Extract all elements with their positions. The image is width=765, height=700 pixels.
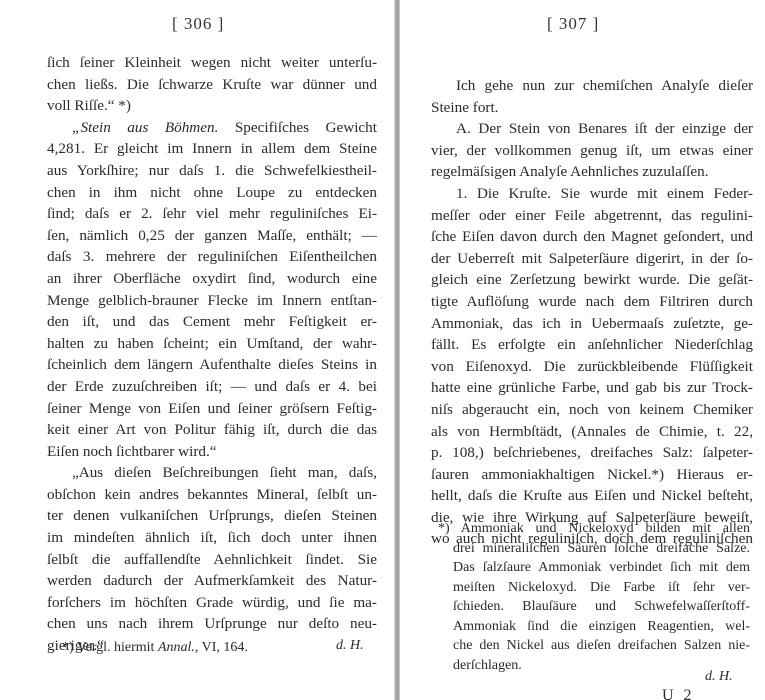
text-line: p. 108,) beſchriebenes, dreifaches Salz:… [431,442,753,464]
footnote-line: che den Nickel aus dieſen dreifachen Sal… [438,636,750,656]
text-line: ter denen vulkaniſchen Urſprungs, dieſen… [47,505,377,527]
text-line: hellt, daſs die Kruſte aus Eiſen und Nic… [431,485,753,507]
text-line: chen in ihm nicht ohne Loupe zu entdecke… [47,182,377,204]
text-line: an ihrer Oberfläche oxydirt ſind, wodurc… [47,268,377,290]
text-line: Eiſen noch ſichtbarer wird.“ [47,441,377,463]
text-line: Ich gehe nun zur chemiſchen Analyſe dieſ… [431,75,753,97]
text-line: 4,281. Er gleicht im Innern in allem dem… [47,138,377,160]
footnote-line: Das ſalzſaure Ammoniak verbindet ſich mi… [438,558,750,578]
text-line: „Aus dieſen Beſchreibungen ſieht man, da… [47,462,377,484]
footnote-signature: d. H. [336,638,364,654]
text-line: fällt. Es erfolgte ein anſehnlicher Nied… [431,334,753,356]
text-line: A. Der Stein von Benares iſt der einzige… [431,118,753,140]
text-line: hatte eine grünliche Farbe, und gab bis … [431,377,753,399]
footnote-marker: *) [62,640,74,655]
text-line: voll Riſſe.“ *) [47,95,377,117]
text-line: als von Hermbſtädt, (Annales de Chimie, … [431,421,753,443]
footnote-text: Ammoniak und Nickeloxyd bilden mit allen [461,521,750,536]
italic-heading: „Stein aus Böhmen. [72,119,218,136]
text-line: 1. Die Kruſte. Sie wurde mit einem Feder… [431,183,753,205]
left-page: [ 306 ] ſich ſeiner Kleinheit wegen nich… [0,0,394,700]
footnote-line: *) Ammoniak und Nickeloxyd bilden mit al… [438,519,750,539]
footnote-line: drei mineraliſchen Säuren ſolche dreifac… [438,539,750,559]
footnote-text: , VI, 164. [195,640,248,655]
text-line: chen uns nach ihrem Urſprunge nur deſto … [47,613,377,635]
page-number: [ 306 ] [172,14,224,34]
text-line: ſche Eiſen davon durch den Magnet geſond… [431,226,753,248]
text-line: daſs 3. mehrere der reguliniſchen Eiſent… [47,246,377,268]
text-line: der Erde zuzuſchreiben iſt; — und daſs e… [47,376,377,398]
text-fragment: Specifiſches Gewicht [218,119,377,136]
text-line: ſcheinlich dem längern Aufenthalte dieſe… [47,354,377,376]
footnote: *) Vergl. hiermit Annal., VI, 164. [62,638,372,658]
text-line: gleich eine Zerſetzung bewirkt wurde. Di… [431,269,753,291]
footnote-line: derſchlagen. [438,656,750,676]
text-line: ſich ſeiner Kleinheit wegen nicht weiter… [47,52,377,74]
text-line: aus Yorkſhire; nur daſs 1. die Schwefelk… [47,160,377,182]
footnote-line: Ammoniak ſind die einzigen Reagentien, w… [438,617,750,637]
page-number: [ 307 ] [547,14,599,34]
footnote-text: Vergl. hiermit [77,640,158,655]
right-page: [ 307 ] Ich gehe nun zur chemiſchen Anal… [400,0,765,700]
text-line: keit einer Art von Politur fähig iſt, du… [47,419,377,441]
body-text: ſich ſeiner Kleinheit wegen nicht weiter… [47,52,377,657]
text-line: von Eiſenoxyd. Die zurückbleibende Flüſſ… [431,356,753,378]
text-line: werden dadurch der Aufmerkſamkeit des Na… [47,570,377,592]
text-line: meſſer oder einer Feile abgetrennt, das … [431,205,753,227]
footnote-citation: Annal. [158,640,195,655]
text-line: Steine fort. [431,97,753,119]
footnote-line: meiſten Nickeloxyd. Die Farbe iſt ſehr v… [438,578,750,598]
footnote-signature: d. H. [705,669,733,685]
text-line: Ammoniak, das ich in Uebermaaſs zuſetzte… [431,313,753,335]
text-line: regelmäſsigen Analyſe Aehnliches zuzulaſ… [431,161,753,183]
text-line: ſelbſt die auffallendſte Aehnlichkeit ſi… [47,549,377,571]
signature-mark: U 2 [662,687,695,700]
footnote: *) Ammoniak und Nickeloxyd bilden mit al… [438,519,750,675]
text-line: chen ließs. Die ſchwarze Kruſte war dünn… [47,74,377,96]
text-line: ſauren ammoniakhaltigen Nickel.*) Hierau… [431,464,753,486]
text-line: forſchers im höchſten Grade würdig, und … [47,592,377,614]
text-line: den iſt, und das Cement mehr Feſtigkeit … [47,311,377,333]
text-line: Menge gelblich-brauner Flecke im Innern … [47,290,377,312]
text-line: ſen, nämlich 0,25 der ganzen Maſſe, enth… [47,225,377,247]
footnote-line: ſchieden. Blauſäure und Schwefelwaſſerſt… [438,597,750,617]
text-line: im mindeſten ähnlich iſt, ſich doch unte… [47,527,377,549]
text-line: „Stein aus Böhmen. Specifiſches Gewicht [47,117,377,139]
text-line: ſind; daſs er 2. ſehr viel mehr regulini… [47,203,377,225]
text-line: der Ueberreſt mit Salpeterſäure digerirt… [431,248,753,270]
body-text: Ich gehe nun zur chemiſchen Analyſe dieſ… [431,75,753,550]
text-line: ſeiner Menge von Eiſen und ſeiner gröſse… [47,398,377,420]
footnote-marker: *) [438,521,450,536]
text-line: vier, der vollkommen genug iſt, um etwas… [431,140,753,162]
text-line: tigte Auflöſung wurde nach dem Filtriren… [431,291,753,313]
text-line: halten zu haben ſcheint; ein Umſtand, de… [47,333,377,355]
text-line: obſchon kein andres bekanntes Mineral, ſ… [47,484,377,506]
text-line: niſs abgeraucht ein, noch von keinem Che… [431,399,753,421]
